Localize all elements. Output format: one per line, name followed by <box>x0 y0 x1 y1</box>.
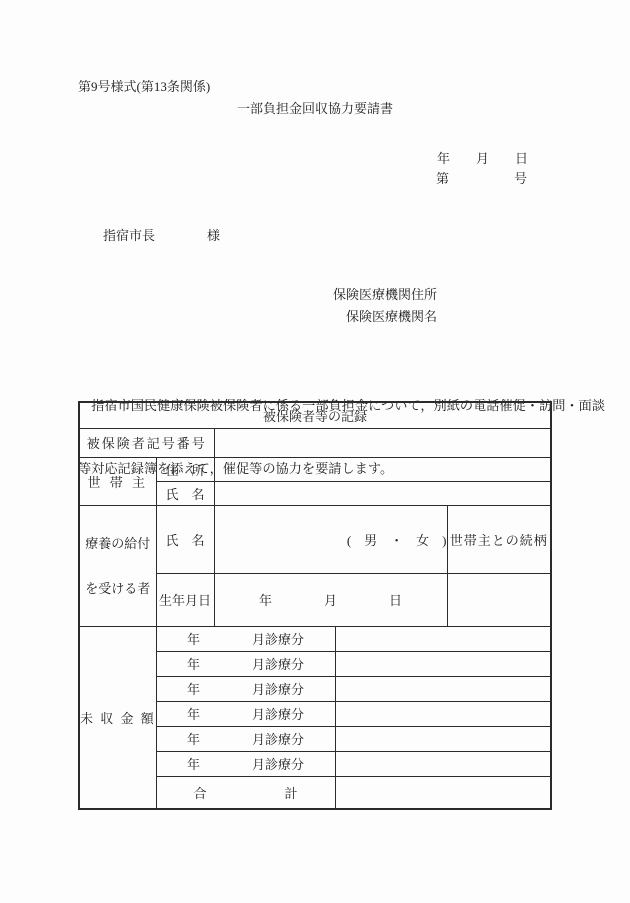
gender-options-cell: ( 男 ・ 女 ) <box>214 505 447 573</box>
relationship-label: 世帯主との続柄 <box>447 505 551 573</box>
document-number-line: 第 号 <box>436 171 527 187</box>
unpaid-row-label-1: 年 月診療分 <box>156 626 335 651</box>
document-page: 第9号様式(第13条関係) 一部負担金回収協力要請書 年 月 日 第 号 指宿市… <box>0 0 630 903</box>
unpaid-row-value-cell-3 <box>335 676 551 701</box>
unpaid-row-label-3: 年 月診療分 <box>156 676 335 701</box>
recipient-line: 指宿市長 様 <box>103 228 220 244</box>
unpaid-row-label-4: 年 月診療分 <box>156 701 335 726</box>
householder-label: 世 帯 主 <box>79 457 156 505</box>
householder-address-label: 住 所 <box>156 457 214 481</box>
recipient-name-label: 氏 名 <box>156 505 214 573</box>
unpaid-row-value-cell-1 <box>335 626 551 651</box>
care-recipient-label-line2: を受ける者 <box>80 581 156 596</box>
unpaid-total-value-cell <box>335 776 551 809</box>
institution-name-label: 保険医療機関名 <box>346 309 437 325</box>
care-recipient-label: 療養の給付 を受ける者 <box>79 505 156 626</box>
form-number: 第9号様式(第13条関係) <box>78 79 210 95</box>
insured-symbol-number-value-cell <box>214 428 551 457</box>
date-line: 年 月 日 <box>437 151 528 167</box>
birthdate-label: 生年月日 <box>156 573 214 626</box>
unpaid-row-label-6: 年 月診療分 <box>156 751 335 776</box>
unpaid-row-value-cell-2 <box>335 651 551 676</box>
unpaid-row-label-5: 年 月診療分 <box>156 726 335 751</box>
table-caption: 被保険者等の記録 <box>79 402 551 428</box>
unpaid-row-value-cell-4 <box>335 701 551 726</box>
unpaid-total-label: 合 計 <box>156 776 335 809</box>
institution-address-label: 保険医療機関住所 <box>333 287 437 303</box>
householder-name-label: 氏 名 <box>156 481 214 505</box>
unpaid-row-value-cell-5 <box>335 726 551 751</box>
birthdate-value-cell: 年 月 日 <box>214 573 447 626</box>
unpaid-row-label-2: 年 月診療分 <box>156 651 335 676</box>
insured-symbol-number-label: 被保険者記号番号 <box>79 428 214 457</box>
care-recipient-label-line1: 療養の給付 <box>80 536 156 551</box>
relationship-value-cell <box>447 573 551 626</box>
insured-record-table: 被保険者等の記録 被保険者記号番号 世 帯 主 住 所 氏 名 療養の給付 を受… <box>78 401 552 810</box>
unpaid-amount-label: 未 収 金 額 <box>79 626 156 809</box>
document-title: 一部負担金回収協力要請書 <box>0 101 630 117</box>
householder-name-value-cell <box>214 481 551 505</box>
householder-address-value-cell <box>214 457 551 481</box>
unpaid-row-value-cell-6 <box>335 751 551 776</box>
